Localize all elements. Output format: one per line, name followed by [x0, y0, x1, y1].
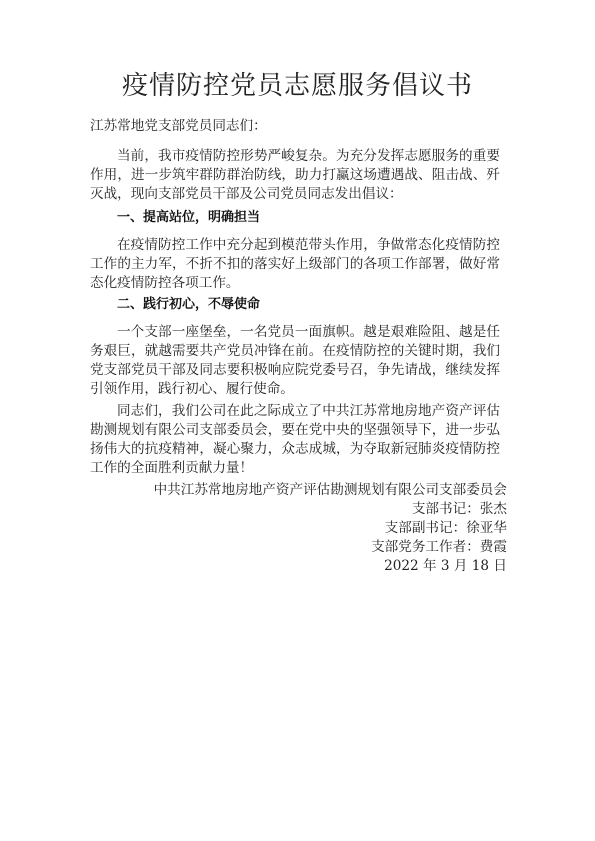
signature-affairs-worker: 支部党务工作者：费霞 [150, 538, 507, 557]
section-1-heading: 一、提高站位，明确担当 [90, 208, 500, 227]
signature-organization: 中共江苏常地房地产资产评估勘测规划有限公司支部委员会 [150, 481, 507, 500]
signature-deputy-secretary: 支部副书记：徐亚华 [150, 519, 507, 538]
section-1-paragraph: 在疫情防控工作中充分起到模范带头作用，争做常态化疫情防控工作的主力军，不折不扣的… [90, 236, 500, 293]
section-2-heading: 二、践行初心，不辱使命 [90, 295, 500, 314]
document-page: 疫情防控党员志愿服务倡议书 江苏常地党支部党员同志们： 当前，我市疫情防控形势严… [0, 0, 595, 841]
signature-block: 中共江苏常地房地产资产评估勘测规划有限公司支部委员会 支部书记：张杰 支部副书记… [150, 481, 507, 576]
closing-paragraph: 同志们，我们公司在此之际成立了中共江苏常地房地产资产评估勘测规划有限公司支部委员… [90, 402, 500, 478]
signature-date: 2022 年 3 月 18 日 [150, 557, 507, 576]
greeting: 江苏常地党支部党员同志们： [90, 117, 500, 136]
signature-secretary: 支部书记：张杰 [150, 500, 507, 519]
intro-paragraph: 当前，我市疫情防控形势严峻复杂。为充分发挥志愿服务的重要作用，进一步筑牢群防群治… [90, 147, 500, 204]
section-2-paragraph: 一个支部一座堡垒，一名党员一面旗帜。越是艰难险阻、越是任务艰巨，就越需要共产党员… [90, 323, 500, 399]
document-title: 疫情防控党员志愿服务倡议书 [0, 68, 595, 104]
